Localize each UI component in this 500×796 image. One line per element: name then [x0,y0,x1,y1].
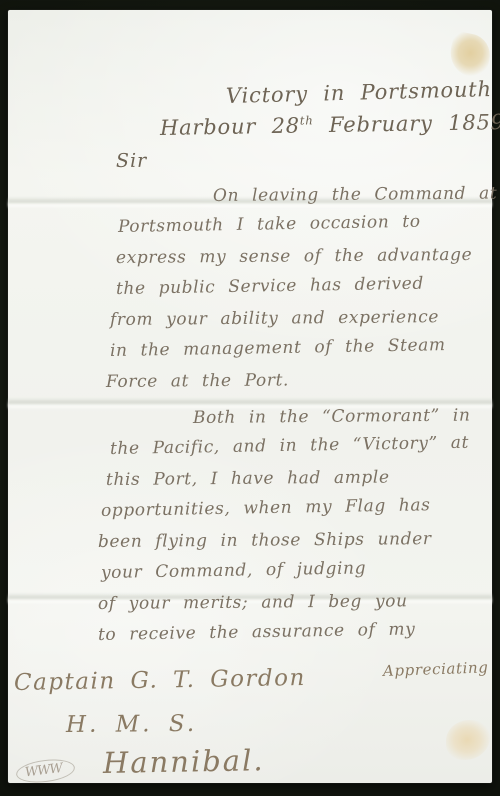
letter-line: Both in the “Cormorant” in [193,406,471,428]
heading-date-line: Harbour 28th February 1859 [160,110,500,140]
catchword: Appreciating [383,658,489,680]
letter-line: from your ability and experience [110,307,439,330]
letter-line: been flying in those Ships under [98,529,432,552]
letter-line: to receive the assurance of my [98,619,416,645]
address-line-ship: Hannibal. [103,743,265,780]
stain-bottom-right [446,720,490,760]
letter-line: the Pacific, and in the “Victory” at [110,433,469,459]
letter-line: your Command, of judging [101,558,366,583]
letter-line: Portsmouth I take occasion to [118,212,421,237]
letter-paper: Victory in Portsmouth Harbour 28th Febru… [8,10,492,783]
photo-background: Victory in Portsmouth Harbour 28th Febru… [0,0,500,796]
letter-line: of your merits; and I beg you [98,591,408,614]
letter-line: express my sense of the advantage [116,245,472,268]
letter-line: Force at the Port. [106,370,289,392]
letter-line: this Port, I have had ample [106,468,390,490]
letter-line: opportunities, when my Flag has [101,495,431,521]
address-line-hms: H. M. S. [66,711,197,738]
letter-line: the public Service has derived [116,274,424,299]
letter-line: On leaving the Command at [213,184,497,206]
salutation: Sir [116,150,147,172]
heading-place-line: Victory in Portsmouth [226,77,492,108]
letter-line: in the management of the Steam [110,335,446,361]
pencil-initials: WWW [15,756,76,785]
heading-date-pre: Harbour 28 [160,114,300,140]
stain-top-right [446,30,494,79]
heading-date-ordinal: th [300,113,314,127]
address-line-captain: Captain G. T. Gordon [14,665,306,696]
heading-date-post: February 1859 [313,110,500,137]
